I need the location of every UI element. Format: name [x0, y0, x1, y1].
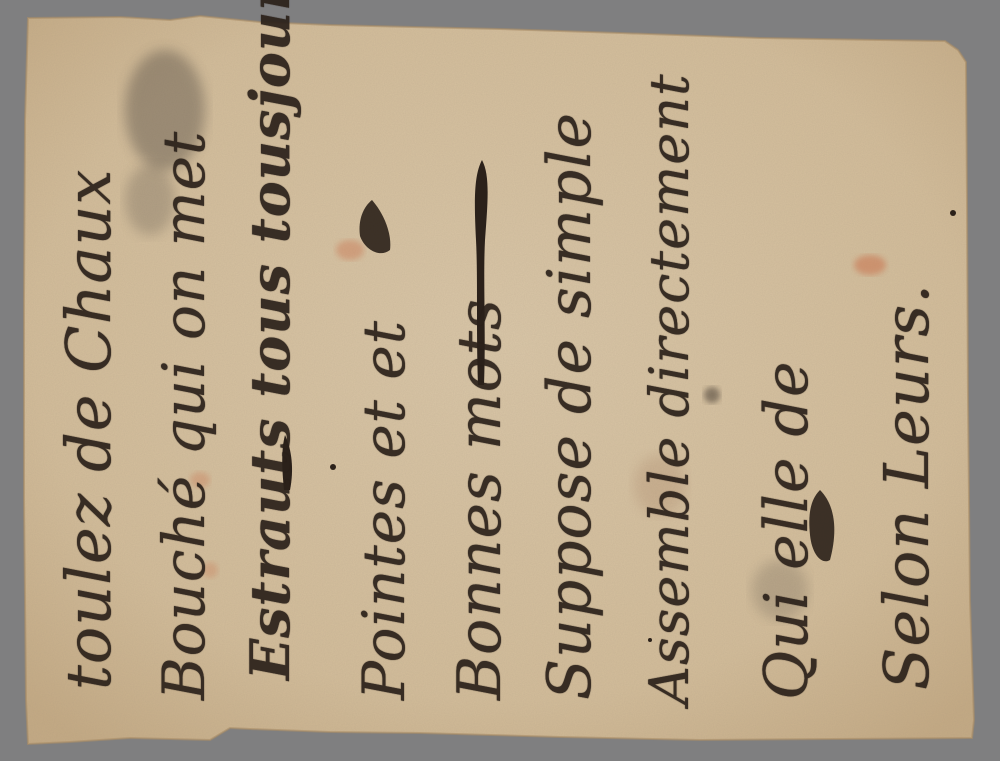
manuscript-line-1: toulez de Chaux [52, 169, 125, 690]
manuscript-line-4: Pointes et et [350, 320, 418, 700]
manuscript-line-9: Selon Leurs. [870, 283, 943, 690]
manuscript-line-2: Bouché qui on met [150, 131, 218, 700]
document-viewer: toulez de Chaux Bouché qui on met Estrau… [0, 0, 1000, 761]
manuscript-line-6: Suppose de simple [535, 112, 605, 700]
manuscript-line-8: Qui elle de [752, 361, 822, 700]
manuscript-line-5: Bonnes mots [445, 298, 515, 700]
manuscript-line-7: Assemble directement [638, 73, 701, 705]
manuscript-line-3: Estrauts tous tousjours [238, 0, 302, 680]
